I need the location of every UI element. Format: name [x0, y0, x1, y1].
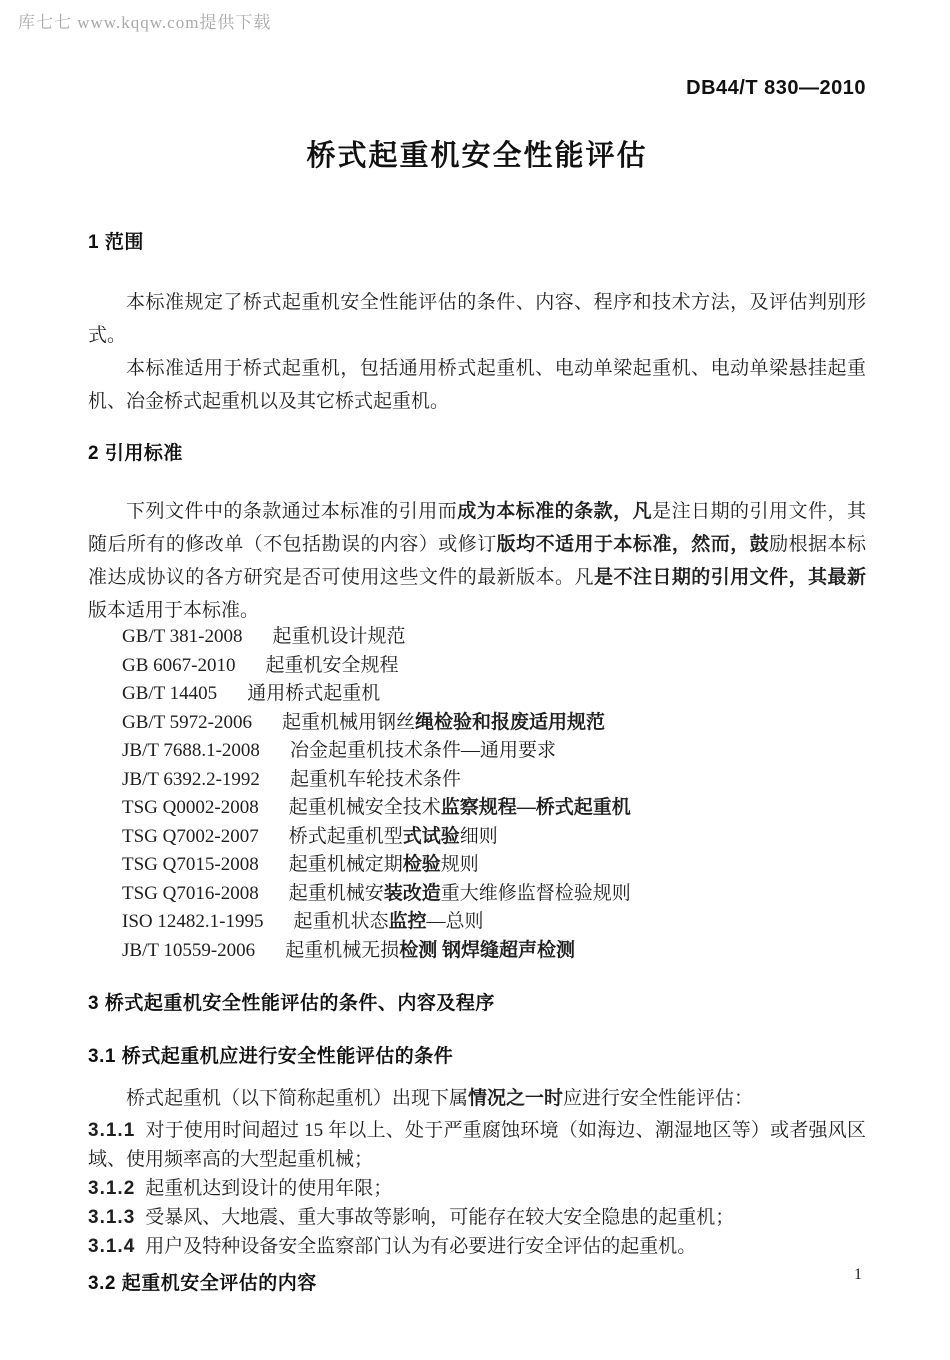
reference-code: TSG Q0002-2008 — [122, 797, 259, 818]
reference-title: 起重机械无损检测 钢焊缝超声检测 — [285, 940, 575, 961]
clause-number: 3.1.2 — [88, 1178, 135, 1199]
reference-item: GB/T 5972-2006起重机械用钢丝绳检验和报废适用规范 — [122, 709, 866, 738]
reference-title: 起重机械定期检验规则 — [289, 854, 479, 875]
reference-code: JB/T 10559-2006 — [122, 940, 255, 961]
reference-item: GB/T 381-2008起重机设计规范 — [122, 623, 866, 652]
subsection-heading-3-1: 3.1 桥式起重机应进行安全性能评估的条件 — [88, 1046, 866, 1068]
reference-code: TSG Q7002-2007 — [122, 826, 259, 847]
page-content: DB44/T 830—2010 桥式起重机安全性能评估 1 范围 本标准规定了桥… — [0, 0, 950, 1295]
clause-item: 3.1.1对于使用时间超过 15 年以上、处于严重腐蚀环境（如海边、潮湿地区等）… — [88, 1116, 866, 1174]
section-heading-scope: 1 范围 — [88, 232, 866, 254]
reference-item: JB/T 7688.1-2008冶金起重机技术条件—通用要求 — [122, 737, 866, 766]
reference-item: TSG Q7002-2007桥式起重机型式试验细则 — [122, 823, 866, 852]
reference-code: GB/T 5972-2006 — [122, 712, 252, 733]
reference-item: JB/T 10559-2006起重机械无损检测 钢焊缝超声检测 — [122, 937, 866, 966]
reference-title: 起重机械安装改造重大维修监督检验规则 — [289, 883, 631, 904]
paragraph-scope-2: 本标准适用于桥式起重机，包括通用桥式起重机、电动单梁起重机、电动单梁悬挂起重机、… — [88, 352, 866, 418]
reference-item: TSG Q7016-2008起重机械安装改造重大维修监督检验规则 — [122, 880, 866, 909]
reference-item: ISO 12482.1-1995起重机状态监控—总则 — [122, 908, 866, 937]
reference-code: TSG Q7016-2008 — [122, 883, 259, 904]
reference-code: JB/T 7688.1-2008 — [122, 740, 260, 761]
reference-title: 通用桥式起重机 — [247, 683, 380, 704]
subsection-heading-3-2: 3.2 起重机安全评估的内容 — [88, 1273, 866, 1295]
section-heading-references: 2 引用标准 — [88, 443, 866, 465]
reference-title: 起重机设计规范 — [273, 626, 406, 647]
reference-title: 起重机车轮技术条件 — [290, 769, 461, 790]
clause-item: 3.1.3受暴风、大地震、重大事故等影响，可能存在较大安全隐患的起重机； — [88, 1203, 866, 1232]
page-title: 桥式起重机安全性能评估 — [88, 138, 866, 174]
reference-code: TSG Q7015-2008 — [122, 854, 259, 875]
clause-text: 受暴风、大地震、重大事故等影响，可能存在较大安全隐患的起重机； — [145, 1207, 734, 1228]
document-page: 库七七 www.kqqw.com提供下载 DB44/T 830—2010 桥式起… — [0, 0, 950, 1360]
reference-title: 冶金起重机技术条件—通用要求 — [290, 740, 556, 761]
section-heading-conditions: 3 桥式起重机安全性能评估的条件、内容及程序 — [88, 993, 866, 1015]
paragraph-scope-1: 本标准规定了桥式起重机安全性能评估的条件、内容、程序和技术方法，及评估判别形式。 — [88, 286, 866, 352]
paragraph-3-1-intro: 桥式起重机（以下简称起重机）出现下属情况之一时应进行安全性能评估： — [88, 1082, 866, 1115]
reference-title: 起重机状态监控—总则 — [293, 911, 483, 932]
clause-item: 3.1.2起重机达到设计的使用年限； — [88, 1174, 866, 1203]
clause-number: 3.1.1 — [88, 1120, 135, 1141]
clause-list: 3.1.1对于使用时间超过 15 年以上、处于严重腐蚀环境（如海边、潮湿地区等）… — [88, 1116, 866, 1261]
reference-title: 桥式起重机型式试验细则 — [289, 826, 498, 847]
reference-list: GB/T 381-2008起重机设计规范 GB 6067-2010起重机安全规程… — [88, 623, 866, 965]
reference-item: GB/T 14405通用桥式起重机 — [122, 680, 866, 709]
clause-text: 用户及特种设备安全监察部门认为有必要进行安全评估的起重机。 — [145, 1236, 696, 1257]
reference-item: TSG Q7015-2008起重机械定期检验规则 — [122, 851, 866, 880]
paragraph-references-intro: 下列文件中的条款通过本标准的引用而成为本标准的条款，凡是注日期的引用文件，其随后… — [88, 495, 866, 627]
clause-item: 3.1.4用户及特种设备安全监察部门认为有必要进行安全评估的起重机。 — [88, 1232, 866, 1261]
page-number: 1 — [854, 1266, 862, 1284]
reference-code: GB/T 381-2008 — [122, 626, 243, 647]
clause-number: 3.1.3 — [88, 1207, 135, 1228]
reference-title: 起重机械用钢丝绳检验和报废适用规范 — [282, 712, 605, 733]
reference-item: TSG Q0002-2008起重机械安全技术监察规程—桥式起重机 — [122, 794, 866, 823]
reference-item: JB/T 6392.2-1992起重机车轮技术条件 — [122, 766, 866, 795]
reference-item: GB 6067-2010起重机安全规程 — [122, 652, 866, 681]
reference-code: ISO 12482.1-1995 — [122, 911, 263, 932]
reference-code: JB/T 6392.2-1992 — [122, 769, 260, 790]
reference-title: 起重机安全规程 — [265, 655, 398, 676]
clause-text: 对于使用时间超过 15 年以上、处于严重腐蚀环境（如海边、潮湿地区等）或者强风区… — [88, 1120, 866, 1170]
clause-number: 3.1.4 — [88, 1236, 135, 1257]
reference-title: 起重机械安全技术监察规程—桥式起重机 — [289, 797, 631, 818]
reference-code: GB 6067-2010 — [122, 655, 235, 676]
clause-text: 起重机达到设计的使用年限； — [145, 1178, 392, 1199]
watermark: 库七七 www.kqqw.com提供下载 — [18, 8, 271, 33]
reference-code: GB/T 14405 — [122, 683, 217, 704]
